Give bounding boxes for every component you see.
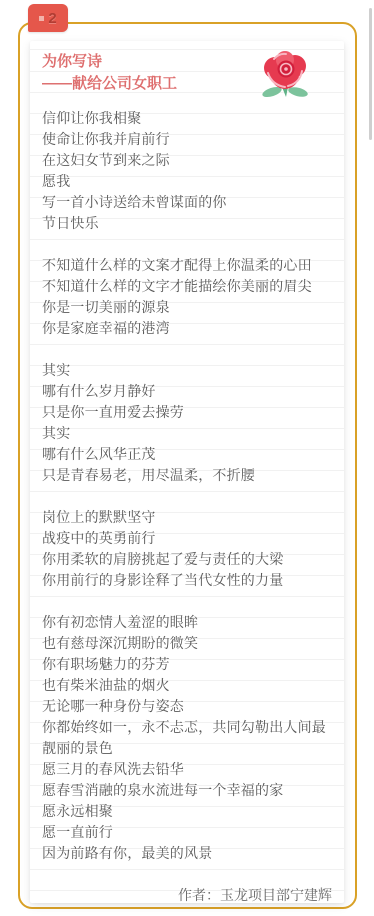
poem-line: 也有柴米油盐的烟火 [42,675,332,696]
author-line: 作者：玉龙项目部宁建辉 [42,885,332,906]
poem-line: 不知道什么样的文字才能描绘你美丽的眉尖 [42,276,332,297]
poem-line: 使命让你我并肩前行 [42,129,332,150]
rose-icon [262,47,308,99]
poem-line: 在这妇女节到来之际 [42,150,332,171]
poem-line: 也有慈母深沉期盼的微笑 [42,633,332,654]
poem-line: 节日快乐 [42,213,332,234]
poem-line: 愿三月的春风洗去铅华 [42,759,332,780]
poem-line: 写一首小诗送给未曾谋面的你 [42,192,332,213]
poem-line: 你都始终如一，永不忐忑，共同勾勒出人间最靓丽的景色 [42,717,332,759]
bullet-dot-icon [39,16,44,21]
stanza-gap [42,486,332,507]
poem-line: 只是青春易老，用尽温柔，不折腰 [42,465,332,486]
poem-card: 为你写诗 ——献给公司女职工 信仰让你我相聚使命让你我并肩前行在这妇女节到来之际… [30,41,344,903]
poem-line: 其实 [42,360,332,381]
poem-line: 你有初恋情人羞涩的眼眸 [42,612,332,633]
scrollbar-thumb[interactable] [369,8,372,140]
poem-line: 信仰让你我相聚 [42,108,332,129]
poem-line: 其实 [42,423,332,444]
poem-line: 只是你一直用爱去操劳 [42,402,332,423]
poem-line: 你有职场魅力的芬芳 [42,654,332,675]
poem-line: 你用前行的身影诠释了当代女性的力量 [42,570,332,591]
poem-line: 愿春雪消融的泉水流进每一个幸福的家 [42,780,332,801]
poem-line: 战疫中的英勇前行 [42,528,332,549]
poem-line: 你用柔软的肩膀挑起了爱与责任的大梁 [42,549,332,570]
stanza-gap [42,591,332,612]
poem-line: 因为前路有你，最美的风景 [42,843,332,864]
poem-line: 哪有什么岁月静好 [42,381,332,402]
content-frame: 2 为你写诗 ——献给公司女职工 信仰让你我相聚使命让你我 [18,22,357,909]
poem-line: 不知道什么样的文案才配得上你温柔的心田 [42,255,332,276]
badge-number: 2 [48,11,56,26]
poem-line: 你是家庭幸福的港湾 [42,318,332,339]
poem-body: 信仰让你我相聚使命让你我并肩前行在这妇女节到来之际愿我写一首小诗送给未曾谋面的你… [42,108,332,864]
poem-line: 无论哪一种身份与姿态 [42,696,332,717]
section-number-badge: 2 [28,4,68,32]
stanza-gap [42,339,332,360]
stanza-gap [42,234,332,255]
poem-line: 愿永远相聚 [42,801,332,822]
poem-line: 愿我 [42,171,332,192]
poem-line: 愿一直前行 [42,822,332,843]
poem-line: 岗位上的默默坚守 [42,507,332,528]
page: 2 为你写诗 ——献给公司女职工 信仰让你我相聚使命让你我 [0,0,374,916]
poem-line: 哪有什么风华正茂 [42,444,332,465]
poem-line: 你是一切美丽的源泉 [42,297,332,318]
